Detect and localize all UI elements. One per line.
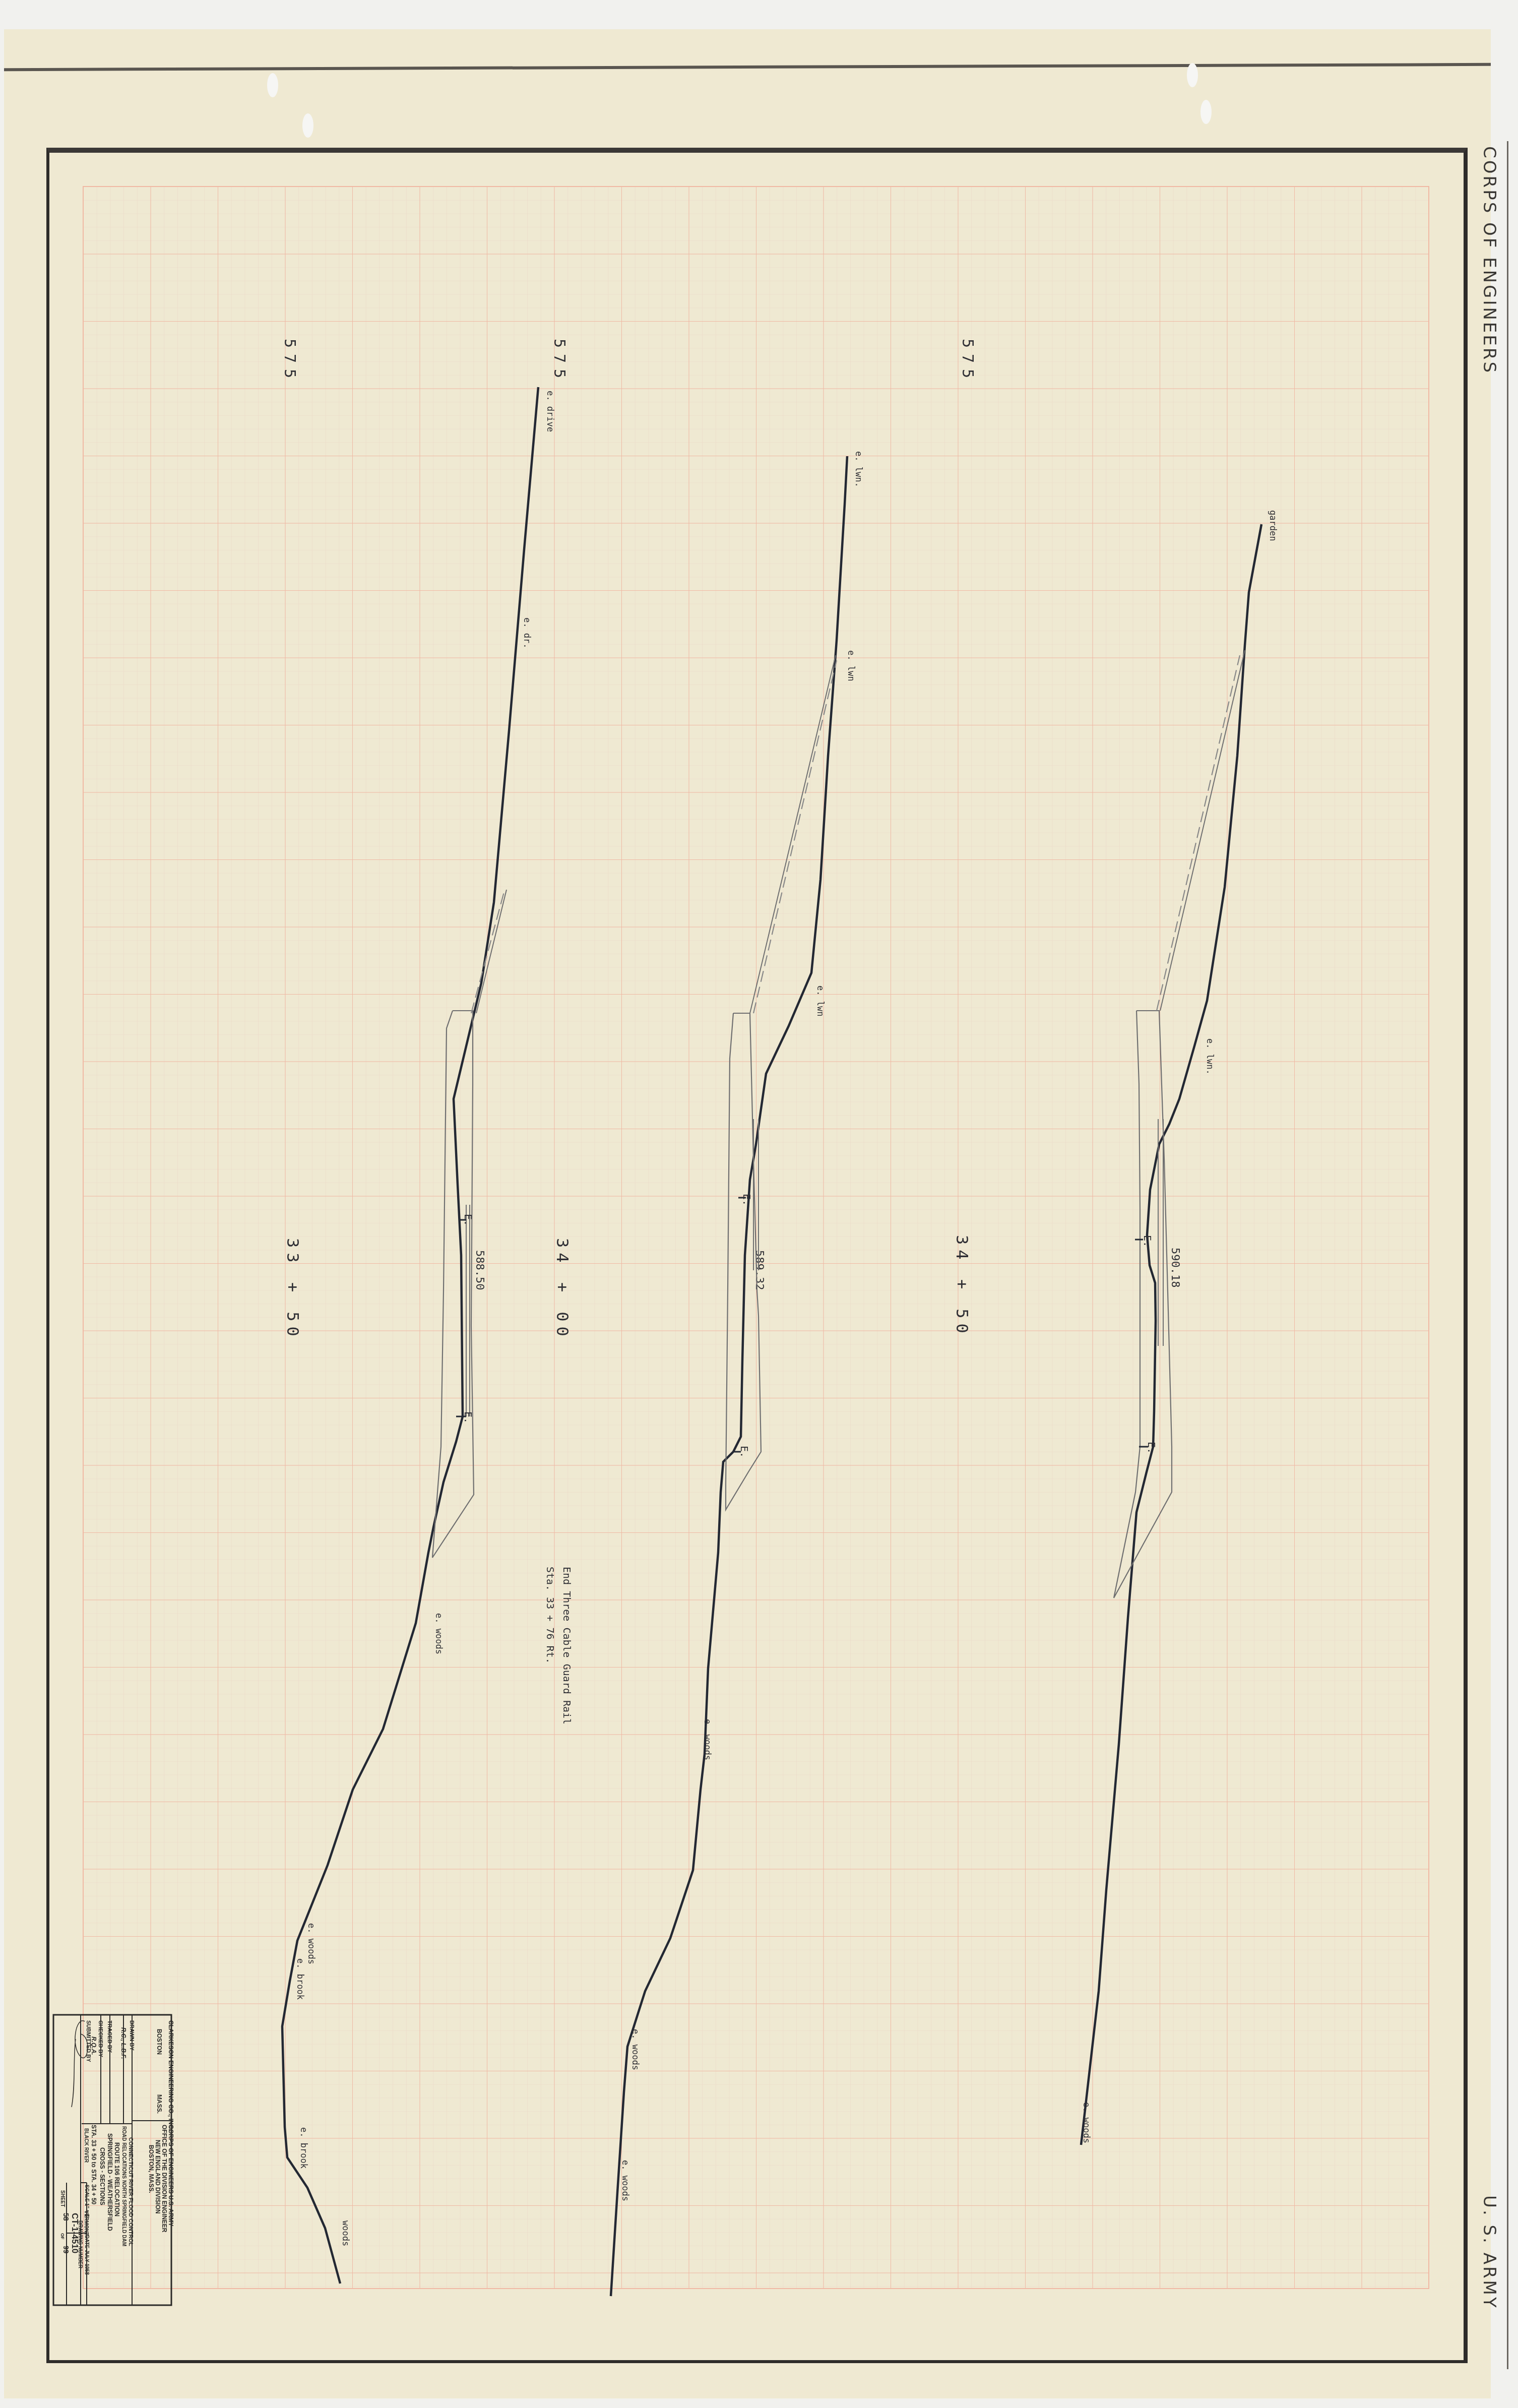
sheet-label: SHEET <box>59 2190 65 2207</box>
river-name: BLACK RIVER <box>83 2128 89 2163</box>
svg-text:e. woods: e. woods <box>1081 2102 1091 2143</box>
svg-text:e. lwn: e. lwn <box>815 985 825 1016</box>
firm-name: CLARKESON ENGINEERING CO., INC. <box>167 2020 174 2131</box>
svg-text:e. brook: e. brook <box>298 2127 308 2169</box>
traced-by-label: TRACED BY <box>106 2020 112 2053</box>
firm-city: BOSTON <box>156 2029 163 2055</box>
agency-line-3: NEW ENGLAND DIVISION <box>154 2140 161 2214</box>
svg-text:e. dr.: e. dr. <box>522 618 532 648</box>
svg-text:e. woods: e. woods <box>620 2160 630 2201</box>
elevation-header: 575 <box>959 339 976 384</box>
edge-marker: E. <box>1146 1442 1158 1454</box>
project-line-3: ROUTE 106 RELOCATION <box>113 2142 120 2216</box>
edge-marker: E. <box>1142 1235 1154 1247</box>
scale: SCALE 1" = 5' <box>84 2185 89 2218</box>
drawn-by: R.C., L.B.F. <box>120 2027 127 2059</box>
svg-text:e. lwn.: e. lwn. <box>1205 1038 1215 1075</box>
edge-marker: E. <box>462 1411 474 1424</box>
svg-text:woods: woods <box>340 2220 350 2246</box>
sheet-total: 99 <box>62 2246 70 2254</box>
project-line-2: ROAD RELOCATIONS NORTH SPRINGFIELD DAM <box>121 2126 126 2246</box>
svg-text:e. drive: e. drive <box>545 391 555 432</box>
sheet-of: OF <box>60 2233 65 2240</box>
svg-text:Sta. 33 + 76 Rt.: Sta. 33 + 76 Rt. <box>544 1567 556 1664</box>
svg-text:e. lwn.: e. lwn. <box>853 451 863 487</box>
grade-elevation: 589.32 <box>753 1250 766 1290</box>
station-label-34-50: 34 + 50 <box>953 1235 972 1338</box>
grade-elevation: 590.18 <box>1169 1248 1181 1287</box>
edge-marker: E. <box>738 1446 750 1458</box>
station-label-33-50: 33 + 50 <box>283 1238 302 1341</box>
project-line-6: STA. 33 + 50 to STA. 34 + 50 <box>90 2125 97 2205</box>
svg-text:e. woods: e. woods <box>433 1613 444 1654</box>
svg-text:e. woods: e. woods <box>630 2029 640 2070</box>
agency-line-4: BOSTON, MASS. <box>148 2145 155 2193</box>
checked-by-label: CHECKED BY <box>97 2020 103 2057</box>
grade-elevation: 588.50 <box>473 1250 486 1290</box>
project-line-4: SPRINGFIELD - WEATHERSFIELD <box>106 2133 113 2231</box>
date: DATE JULY 1958 <box>84 2235 89 2275</box>
cross-section-drawing: 575 575 575 33 + 50 34 + 00 34 + 50 588.… <box>0 0 1518 2408</box>
drawing-number: CT-1-4510 <box>70 2213 80 2253</box>
sheet-number: 58 <box>62 2213 70 2221</box>
firm-state: MASS. <box>156 2094 163 2114</box>
elevation-header: 575 <box>550 339 568 384</box>
svg-text:e. brook: e. brook <box>295 1958 305 2000</box>
svg-text:garden: garden <box>1268 510 1278 541</box>
svg-text:e. woods: e. woods <box>702 1719 712 1760</box>
project-line-5: CROSS - SECTIONS <box>99 2147 106 2205</box>
edge-marker: E. <box>462 1214 474 1226</box>
svg-text:e. lwn: e. lwn <box>846 650 856 681</box>
svg-text:e. woods: e. woods <box>306 1923 316 1964</box>
svg-text:End Three Cable Guard Rail: End Three Cable Guard Rail <box>561 1567 573 1724</box>
station-label-34-00: 34 + 00 <box>553 1238 572 1341</box>
elevation-header: 575 <box>281 339 298 384</box>
agency-line-1: CORPS OF ENGINEERS U.S. ARMY <box>167 2125 174 2227</box>
edge-marker: E. <box>741 1194 753 1206</box>
project-line-1: CONNECTICUT RIVER FLOOD CONTROL <box>128 2137 134 2246</box>
drawn-by-label: DRAWN BY <box>129 2020 135 2051</box>
agency-line-2: OFFICE OF THE DIVISION ENGINEER <box>161 2125 168 2233</box>
